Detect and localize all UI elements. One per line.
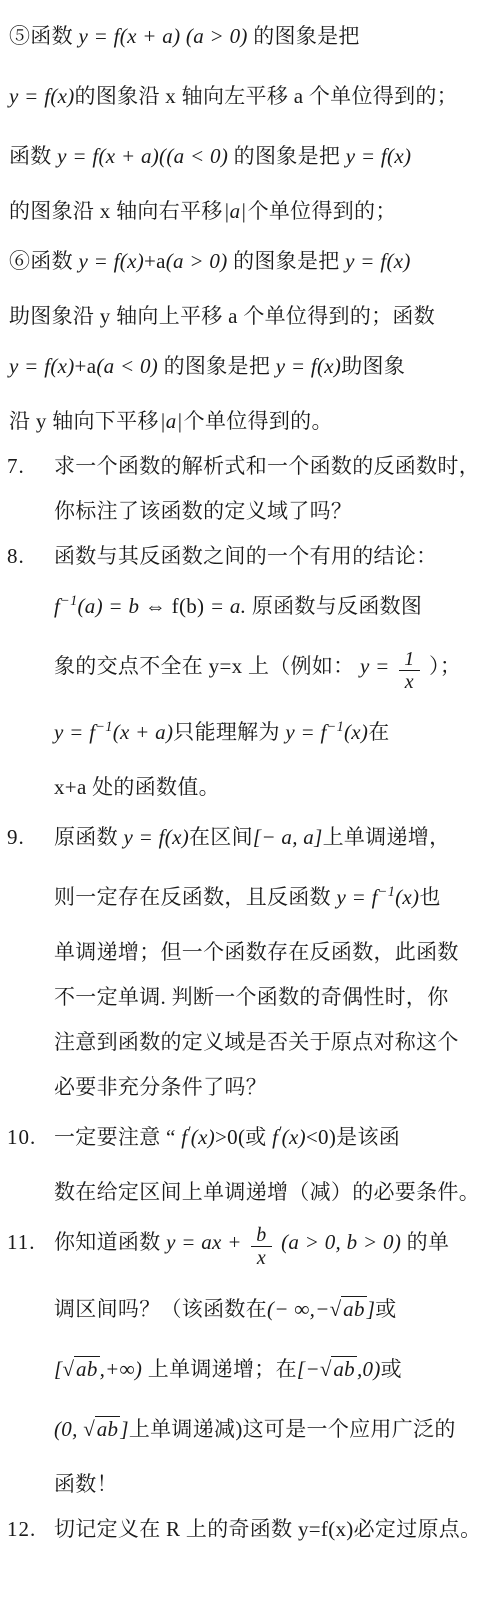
text-segment: 你知道函数 (54, 1230, 166, 1254)
math-segment: ,+∞) (100, 1357, 143, 1381)
math-segment: +a (75, 354, 97, 378)
text-line: 不一定单调. 判断一个函数的奇偶性时，你 (4, 982, 476, 1012)
text-segment: 在区间 (189, 825, 253, 849)
math-segment: (a > 0, b > 0) (281, 1230, 401, 1254)
math-segment: [− a, a] (253, 825, 323, 849)
math-segment: y=x (209, 654, 243, 678)
text-segment: 处的函数值。 (87, 775, 220, 799)
text-segment: 则一定存在反函数，且反函数 (54, 885, 336, 909)
text-segment: 原函数 (54, 825, 123, 849)
square-root: √ab (62, 1356, 99, 1381)
radical-sign: √ (320, 1357, 332, 1381)
math-segment: (x) (344, 720, 368, 744)
math-segment: (0, (54, 1417, 83, 1441)
text-line: 则一定存在反函数，且反函数 y = f−1(x)也 (4, 877, 476, 917)
text-line: y = f−1(x + a)只能理解为 y = f−1(x)在 (4, 712, 476, 752)
math-segment: (x) (282, 1125, 306, 1149)
list-item-line: 9.原函数 y = f(x)在区间[− a, a]上单调递增， (4, 817, 476, 857)
text-segment: 上（例如： (242, 654, 360, 678)
document-page: ⑤函数 y = f(x + a) (a > 0) 的图象是把y = f(x)的图… (0, 0, 480, 1569)
list-item-line: 12.切记定义在 R 上的奇函数 y=f(x)必定过原点。 (4, 1514, 476, 1544)
math-segment: x+a (54, 775, 87, 799)
item-number: 11. (7, 1222, 35, 1262)
math-segment: <0) (306, 1125, 336, 1149)
text-line: x+a 处的函数值。 (4, 772, 476, 802)
text-segment: 象的交点不全在 (54, 654, 209, 678)
fraction-denominator: x (399, 671, 419, 692)
math-segment: (a > 0) (166, 249, 228, 273)
text-segment: 助图象沿 y 轴向上平移 a 个单位得到的；函数 (9, 304, 435, 328)
superscript: −1 (327, 719, 344, 735)
text-segment: ⑥函数 (9, 249, 78, 273)
text-line: y = f(x)+a(a < 0) 的图象是把 y = f(x)助图象 (4, 346, 476, 386)
item-number: 10. (7, 1117, 36, 1157)
radicand: ab (95, 1416, 121, 1441)
text-segment: 的图象沿 x 轴向右平移 (9, 199, 223, 223)
text-segment: 函数与其反函数之间的一个有用的结论： (54, 544, 437, 568)
list-item-line: 8.函数与其反函数之间的一个有用的结论： (4, 541, 476, 571)
list-item-line: 7.求一个函数的解析式和一个函数的反函数时， (4, 451, 476, 481)
text-segment: 单调递增；但一个函数存在反函数，此函数 (54, 940, 459, 964)
text-line: (0, √ab]上单调递减)这可是一个应用广泛的 (4, 1409, 476, 1449)
text-segment: 的单 (401, 1230, 449, 1254)
radicand: ab (341, 1296, 367, 1321)
text-segment: 个单位得到的； (248, 199, 397, 223)
math-segment: = a. (204, 594, 246, 618)
text-line: 数在给定区间上单调递增（减）的必要条件。 (4, 1177, 476, 1207)
math-segment: ,0) (357, 1357, 381, 1381)
text-line: 象的交点不全在 y=x 上（例如： y = 1x ）； (4, 646, 476, 692)
math-segment: y = ax + (166, 1230, 247, 1254)
item-number: 8. (7, 541, 25, 571)
text-line: 函数！ (4, 1469, 476, 1499)
text-segment: 不一定单调. 判断一个函数的奇偶性时，你 (54, 985, 449, 1009)
text-segment: 调区间吗？（该函数在 (54, 1297, 267, 1321)
text-segment: 也 (419, 885, 440, 909)
text-segment: 是该函 (336, 1125, 400, 1149)
math-segment: (a) = b ⇔ (78, 594, 172, 618)
math-segment: (x) (191, 1125, 215, 1149)
text-segment: 个单位得到的。 (184, 409, 333, 433)
radicand: ab (74, 1356, 100, 1381)
text-line: 的图象沿 x 轴向右平移|a|个单位得到的； (4, 196, 476, 226)
radical-sign: √ (62, 1357, 74, 1381)
math-segment: y = f(x) (9, 84, 75, 108)
item-number: 12. (7, 1514, 36, 1544)
fraction: 1x (399, 649, 419, 693)
math-segment: (x + a) (113, 720, 174, 744)
text-segment: 的图象是把 (248, 24, 360, 48)
text-segment: 的图象是把 (158, 354, 276, 378)
text-line: 助图象沿 y 轴向上平移 a 个单位得到的；函数 (4, 301, 476, 331)
list-item-line: 10.一定要注意 “ f′(x)>0(或 f′(x)<0)是该函 (4, 1117, 476, 1157)
list-item-line: 11.你知道函数 y = ax + bx (a > 0, b > 0) 的单 (4, 1222, 476, 1268)
text-line: 你标注了该函数的定义域了吗？ (4, 496, 476, 526)
math-segment: y = f (336, 885, 377, 909)
text-line: ⑤函数 y = f(x + a) (a > 0) 的图象是把 (4, 16, 476, 56)
text-line: [√ab,+∞) 上单调递增；在[−√ab,0)或 (4, 1349, 476, 1389)
text-line: 注意到函数的定义域是否关于原点对称这个 (4, 1027, 476, 1057)
text-segment: 必要非充分条件了吗？ (54, 1075, 267, 1099)
square-root: √ab (320, 1356, 357, 1381)
text-segment: 函数！ (54, 1472, 118, 1496)
radicand: ab (331, 1356, 357, 1381)
text-segment: 你标注了该函数的定义域了吗？ (54, 499, 352, 523)
math-segment: y = f(x + a) (a > 0) (78, 24, 247, 48)
math-segment: (x) (395, 885, 419, 909)
math-segment: y = f(x) (276, 354, 342, 378)
math-segment: y = f (285, 720, 326, 744)
text-segment: 求一个函数的解析式和一个函数的反函数时， (54, 454, 480, 478)
text-segment: 在 (368, 720, 389, 744)
math-segment: (a < 0) (96, 354, 158, 378)
superscript: −1 (95, 719, 112, 735)
math-segment: [− (297, 1357, 320, 1381)
text-line: 函数 y = f(x + a)((a < 0) 的图象是把 y = f(x) (4, 136, 476, 176)
text-segment: 数在给定区间上单调递增（减）的必要条件。 (54, 1180, 480, 1204)
text-segment: 原函数与反函数图 (246, 594, 422, 618)
text-segment: 或 (381, 1357, 402, 1381)
math-segment: (− ∞,− (267, 1297, 330, 1321)
fraction: bx (251, 1225, 271, 1269)
fraction-numerator: b (251, 1225, 271, 1247)
math-segment: ] (367, 1297, 375, 1321)
text-line: 必要非充分条件了吗？ (4, 1072, 476, 1102)
superscript: −1 (60, 593, 77, 609)
text-segment: 必定过原点。 (354, 1517, 480, 1541)
square-root: √ab (330, 1296, 367, 1321)
text-segment: 上单调递减)这可是一个应用广泛的 (129, 1417, 456, 1441)
math-segment: y = (360, 654, 395, 678)
text-line: 调区间吗？（该函数在(− ∞,−√ab]或 (4, 1289, 476, 1329)
text-segment: 切记定义在 R 上的奇函数 (54, 1517, 298, 1541)
text-segment: ⑤函数 (9, 24, 78, 48)
text-line: y = f(x)的图象沿 x 轴向左平移 a 个单位得到的； (4, 76, 476, 116)
radical-sign: √ (83, 1417, 95, 1441)
radical-sign: √ (330, 1297, 342, 1321)
text-segment: 只能理解为 (173, 720, 285, 744)
text-segment: 的图象是把 (228, 249, 346, 273)
math-segment: |a| (223, 199, 248, 223)
text-segment: 的图象沿 x 轴向左平移 a 个单位得到的； (75, 84, 458, 108)
square-root: √ab (83, 1416, 120, 1441)
text-segment: 的图象是把 (228, 144, 346, 168)
math-segment: y = f (54, 720, 95, 744)
math-segment: y = f(x) (123, 825, 189, 849)
text-line: 单调递增；但一个函数存在反函数，此函数 (4, 937, 476, 967)
fraction-denominator: x (251, 1247, 271, 1268)
text-segment: 助图象 (341, 354, 405, 378)
math-segment: ] (120, 1417, 128, 1441)
text-segment: 注意到函数的定义域是否关于原点对称这个 (54, 1030, 459, 1054)
text-line: 沿 y 轴向下平移|a|个单位得到的。 (4, 406, 476, 436)
math-segment: +a (144, 249, 166, 273)
math-segment: y = f(x) (345, 249, 411, 273)
math-segment: y = f(x) (346, 144, 412, 168)
math-segment: y = f(x) (78, 249, 144, 273)
math-segment: f(b) (172, 594, 205, 618)
text-line: ⑥函数 y = f(x)+a(a > 0) 的图象是把 y = f(x) (4, 241, 476, 281)
superscript: −1 (378, 884, 395, 900)
text-segment: 一定要注意 “ (54, 1125, 181, 1149)
math-segment: |a| (159, 409, 184, 433)
math-segment: >0(或 (215, 1125, 272, 1149)
text-segment: 上单调递增；在 (142, 1357, 297, 1381)
fraction-numerator: 1 (399, 649, 419, 671)
text-line: f−1(a) = b ⇔ f(b) = a. 原函数与反函数图 (4, 586, 476, 626)
math-segment: y = f(x + a)((a < 0) (57, 144, 228, 168)
text-segment: ）； (424, 654, 462, 678)
text-segment: 函数 (9, 144, 57, 168)
text-segment: 沿 y 轴向下平移 (9, 409, 159, 433)
item-number: 7. (7, 451, 25, 481)
math-segment: y=f(x) (298, 1517, 354, 1541)
item-number: 9. (7, 817, 25, 857)
text-segment: 上单调递增， (323, 825, 451, 849)
text-segment: 或 (375, 1297, 396, 1321)
math-segment: y = f(x) (9, 354, 75, 378)
